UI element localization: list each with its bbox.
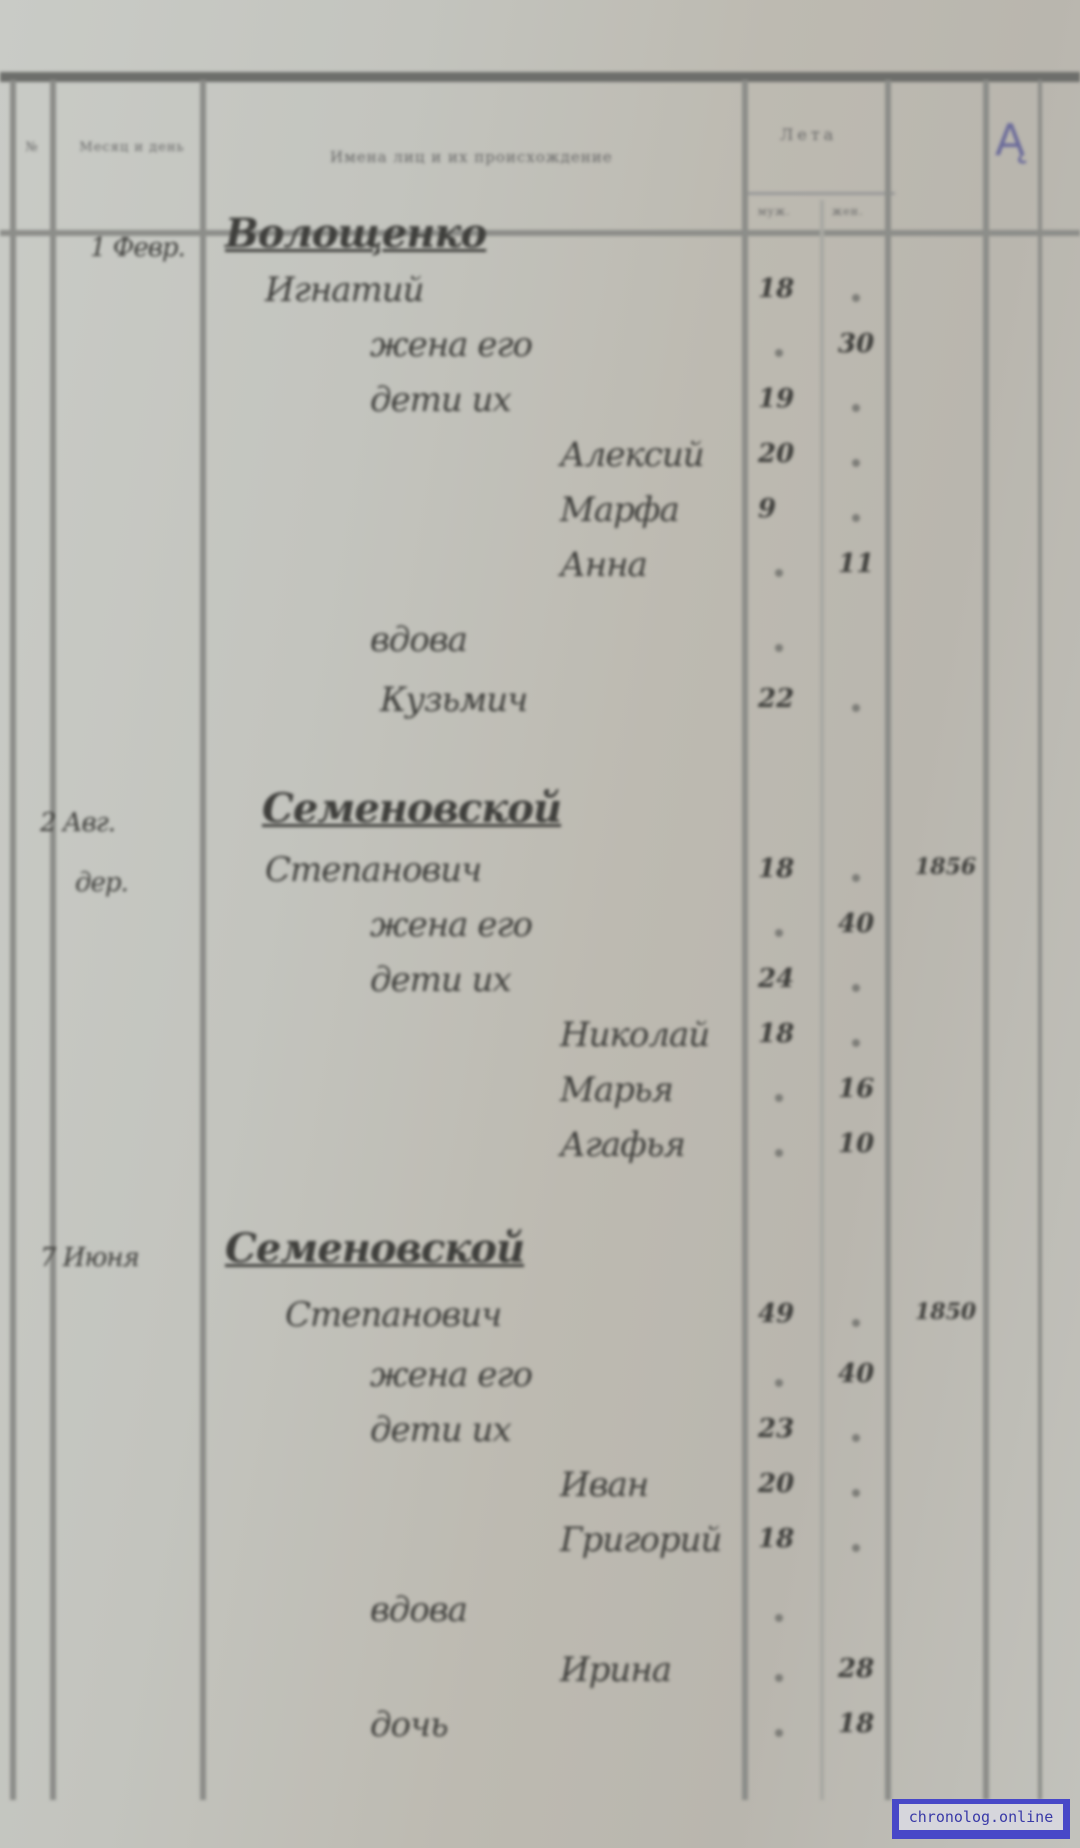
register-page: № Месяц и день Имена лиц и их происхожде… xyxy=(0,0,1080,1848)
age-male: 22 xyxy=(758,684,794,714)
column-rule xyxy=(200,80,206,1800)
column-rule xyxy=(820,200,824,1800)
entry-name: Николай xyxy=(560,1015,709,1055)
dash-mark xyxy=(852,1434,860,1442)
age-male: 24 xyxy=(758,964,794,994)
entry-name: жена его xyxy=(370,325,532,365)
dash-mark xyxy=(775,644,783,652)
date-note: 2 Авг. xyxy=(40,808,115,838)
age-male: 18 xyxy=(758,854,794,884)
dash-mark xyxy=(852,514,860,522)
column-rule xyxy=(1038,80,1042,1800)
dash-mark xyxy=(852,704,860,712)
age-female: 28 xyxy=(838,1654,874,1684)
dash-mark xyxy=(852,1489,860,1497)
watermark-text: chronolog.online xyxy=(899,1804,1063,1830)
age-male: 20 xyxy=(758,439,794,469)
subheader-rule xyxy=(745,192,895,195)
dash-mark xyxy=(775,1094,783,1102)
dash-mark xyxy=(775,569,783,577)
header-age-male: муж. xyxy=(758,205,791,218)
entry-name: Агафья xyxy=(560,1125,685,1165)
column-rule xyxy=(742,80,748,1800)
entry-name: дети их xyxy=(370,960,511,1000)
age-female: 10 xyxy=(838,1129,874,1159)
watermark-badge[interactable]: chronolog.online xyxy=(892,1799,1070,1839)
column-rule xyxy=(983,80,989,1800)
entry-name: Кузьмич xyxy=(380,680,527,720)
age-male: 19 xyxy=(758,384,794,414)
entry-name: вдова xyxy=(370,1590,467,1630)
age-male: 9 xyxy=(758,494,776,524)
entry-surname: Семеновской xyxy=(225,1225,524,1272)
entry-name: Алексий xyxy=(560,435,704,475)
age-male: 49 xyxy=(758,1299,794,1329)
age-female: 11 xyxy=(838,549,874,579)
header-age: Лета xyxy=(780,125,837,144)
age-female: 40 xyxy=(838,909,874,939)
entry-name: Степанович xyxy=(285,1295,501,1335)
entry-name: Анна xyxy=(560,545,647,585)
dash-mark xyxy=(775,1149,783,1157)
year-note: 1850 xyxy=(915,1299,976,1325)
entry-name: вдова xyxy=(370,620,467,660)
age-male: 18 xyxy=(758,274,794,304)
age-female: 40 xyxy=(838,1359,874,1389)
entry-name: Степанович xyxy=(265,850,481,890)
age-male: 18 xyxy=(758,1019,794,1049)
column-rule xyxy=(10,80,16,1800)
entry-name: Ирина xyxy=(560,1650,671,1690)
dash-mark xyxy=(775,349,783,357)
dash-mark xyxy=(852,459,860,467)
age-female: 16 xyxy=(838,1074,874,1104)
entry-name: Марья xyxy=(560,1070,673,1110)
column-rule xyxy=(50,80,56,1800)
header-names: Имена лиц и их происхождение xyxy=(330,148,613,166)
entry-name: дети их xyxy=(370,380,511,420)
date-note: 7 Июня xyxy=(40,1243,139,1273)
age-male: 18 xyxy=(758,1524,794,1554)
entry-name: Иван xyxy=(560,1465,648,1505)
entry-name: жена его xyxy=(370,1355,532,1395)
age-male: 20 xyxy=(758,1469,794,1499)
entry-name: Игнатий xyxy=(265,270,424,310)
dash-mark xyxy=(852,1039,860,1047)
header-date: Месяц и день xyxy=(72,140,192,155)
age-female: 30 xyxy=(838,329,874,359)
entry-name: Марфа xyxy=(560,490,679,530)
dash-mark xyxy=(852,404,860,412)
entry-name: дочь xyxy=(370,1705,448,1745)
dash-mark xyxy=(775,1729,783,1737)
entry-surname: Семеновской xyxy=(262,785,561,832)
entry-name: жена его xyxy=(370,905,532,945)
dash-mark xyxy=(775,1379,783,1387)
pencil-mark: Ą xyxy=(995,115,1025,166)
dash-mark xyxy=(775,929,783,937)
dash-mark xyxy=(852,294,860,302)
dash-mark xyxy=(775,1674,783,1682)
entry-name: Григорий xyxy=(560,1520,721,1560)
dash-mark xyxy=(852,1319,860,1327)
year-note: 1856 xyxy=(915,854,976,880)
dash-mark xyxy=(852,874,860,882)
date-note: 1 Февр. xyxy=(90,233,185,263)
entry-surname: Волощенко xyxy=(225,210,486,257)
age-male: 23 xyxy=(758,1414,794,1444)
entry-name: дети их xyxy=(370,1410,511,1450)
dash-mark xyxy=(775,1614,783,1622)
age-female: 18 xyxy=(838,1709,874,1739)
top-rule xyxy=(0,72,1080,82)
header-number: № xyxy=(24,140,39,156)
dash-mark xyxy=(852,984,860,992)
date-note: дер. xyxy=(75,868,128,898)
header-age-female: жен. xyxy=(832,205,863,218)
dash-mark xyxy=(852,1544,860,1552)
column-rule xyxy=(885,80,891,1800)
